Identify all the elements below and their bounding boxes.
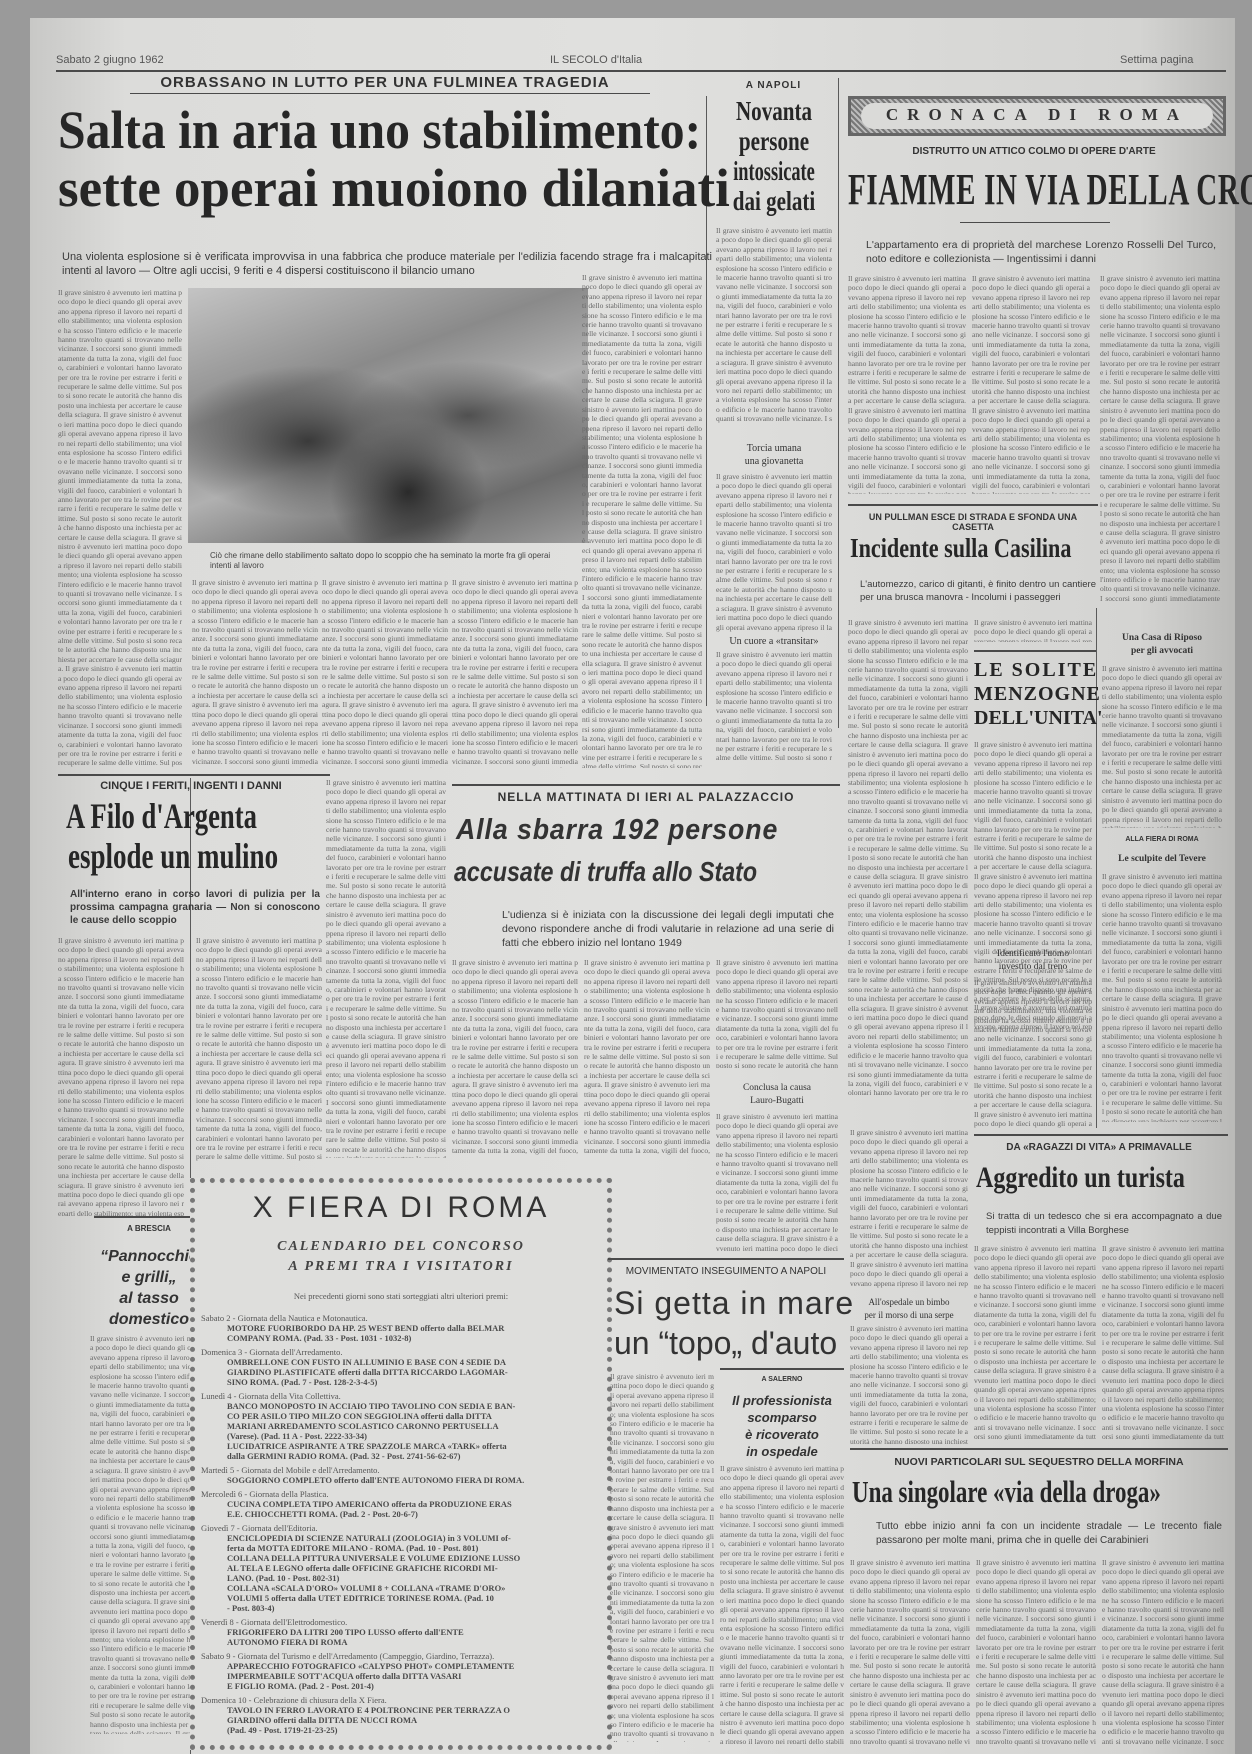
professionista-headline: Il professionista scomparso è ricoverato…	[720, 1392, 844, 1460]
droga-kicker: NUOVI PARTICOLARI SUL SEQUESTRO DELLA MO…	[850, 1456, 1228, 1468]
ad-day: Lunedì 4 - Giornata della Vita Collettiv…	[201, 1391, 599, 1401]
napoli-headline: Novanta persone intossicate dai gelati	[714, 96, 834, 216]
fiera-advertisement: X FIERA DI ROMA CALENDARIO DEL CONCORSO …	[190, 1178, 612, 1750]
ad-prize: COLLANA «SCALA D'ORO» VOLUMI 8 + COLLANA…	[201, 1583, 599, 1593]
turista-deck: Si tratta di un tedesco che si era accom…	[986, 1210, 1222, 1238]
ad-prize: VOLUMI 5 offerta dalla UTET EDITRICE TOR…	[201, 1593, 599, 1603]
fiera-head: Le sculpite del Tevere	[1102, 852, 1222, 867]
lead-body-col1: Il grave sinistro è avvenuto ieri mattin…	[58, 288, 182, 768]
roma-body-3: Il grave sinistro è avvenuto ieri mattin…	[1100, 274, 1220, 604]
section-rule	[848, 504, 1098, 506]
turista-headline: Aggredito un turista	[976, 1160, 1185, 1196]
newspaper-page: Sabato 2 giugno 1962 IL SECOLO d'Italia …	[30, 18, 1235, 1754]
ad-prize: IMPERMEABILE SOTT'ACQUA offerto dalla DI…	[201, 1671, 599, 1681]
casilina-body-1: Il grave sinistro è avvenuto ieri mattin…	[848, 618, 968, 1098]
identificato-body: Il grave sinistro è avvenuto ieri mattin…	[974, 978, 1092, 1128]
lead-kicker: ORBASSANO IN LUTTO PER UNA FULMINEA TRAG…	[90, 74, 680, 91]
section-rule	[850, 1448, 1228, 1450]
napoli-body-3: Il grave sinistro è avvenuto ieri mattin…	[716, 650, 832, 760]
lead-body-col5: Il grave sinistro è avvenuto ieri mattin…	[582, 273, 702, 768]
ad-prize: ferta da MOTTA EDITORE MILANO - ROMA. (P…	[201, 1543, 599, 1553]
cronaca-roma-banner: CRONACA DI ROMA	[848, 96, 1226, 136]
napoli-body-2: Il grave sinistro è avvenuto ieri mattin…	[716, 472, 832, 632]
turista-body-2: Il grave sinistro è avvenuto ieri mattin…	[1102, 1244, 1224, 1440]
roma-headline: FIAMME IN VIA DELLA CROCE	[848, 164, 1252, 216]
ad-prize: GIARDINO PLASTIFICATE offerti dalla DITT…	[201, 1367, 599, 1377]
filo-headline-line2: esplode un mulino	[68, 836, 278, 876]
ad-prize: AL TELA E LEGNO offerta dalle OFFICINE G…	[201, 1563, 599, 1573]
roma-deck: L'appartamento era di proprietà del marc…	[866, 238, 1216, 266]
roma-body-1: Il grave sinistro è avvenuto ieri mattin…	[848, 274, 966, 494]
droga-body-1: Il grave sinistro è avvenuto ieri mattin…	[850, 1558, 970, 1748]
napoli-sub2: Un cuore a «transitar»	[716, 634, 832, 649]
droga-body-3: Il grave sinistro è avvenuto ieri mattin…	[1102, 1558, 1224, 1748]
palazzaccio-body-3: Il grave sinistro è avvenuto ieri mattin…	[716, 958, 838, 1068]
running-head-page: Settima pagina	[1120, 54, 1193, 66]
ad-subtitle-2: A PREMI TRA I VISITATORI	[195, 1259, 607, 1275]
casa-riposo-head: Una Casa di Riposo per gli avvocati	[1102, 632, 1222, 658]
ad-prize: (Varese). (Pad. 11 A - Post. 2222-33-34)	[201, 1431, 599, 1441]
palazzaccio-body-2: Il grave sinistro è avvenuto ieri mattin…	[584, 958, 710, 1158]
ad-prize: COLLANA DELLA PITTURA UNIVERSALE E VOLUM…	[201, 1553, 599, 1563]
ad-day: Sabato 9 - Giornata del Turismo e dell'A…	[201, 1651, 599, 1661]
napoli-body: Il grave sinistro è avvenuto ieri mattin…	[716, 226, 832, 426]
casa-riposo-body: Il grave sinistro è avvenuto ieri mattin…	[1102, 664, 1222, 828]
ad-prize: LANO. (Pad. 10 - Post. 802-31)	[201, 1573, 599, 1583]
bimbo-headline: All'ospedale un bimbo per il morso di un…	[850, 1296, 968, 1322]
ad-title: X FIERA DI ROMA	[195, 1191, 607, 1225]
napoli-kicker: A NAPOLI	[716, 80, 831, 91]
lead-headline-line1: Salta in aria uno stabilimento:	[58, 100, 701, 160]
casilina-kicker: UN PULLMAN ESCE DI STRADA E SFONDA UNA C…	[848, 512, 1098, 532]
chase-kicker: MOVIMENTATO INSEGUIMENTO A NAPOLI	[610, 1266, 842, 1277]
casilina-body-2: Il grave sinistro è avvenuto ieri mattin…	[974, 618, 1092, 642]
casilina-deck: L'automezzo, carico di gitanti, è finito…	[860, 578, 1096, 604]
ad-prize: CUCINA COMPLETA TIPO AMERICANO offerta d…	[201, 1499, 599, 1509]
ad-day: Martedì 5 - Giornata del Mobile e dell'A…	[201, 1465, 599, 1475]
palazzaccio-body-1: Il grave sinistro è avvenuto ieri mattin…	[452, 958, 578, 1158]
filo-kicker: CINQUE I FERITI, INGENTI I DANNI	[58, 780, 324, 792]
roma-rule	[960, 222, 1110, 223]
ad-day: Giovedì 7 - Giornata dell'Editoria.	[201, 1523, 599, 1533]
palazzaccio-kicker: NELLA MATTINATA DI IERI AL PALAZZACCIO	[452, 790, 840, 804]
filo-body-2: Il grave sinistro è avvenuto ieri mattin…	[196, 936, 322, 1161]
professionista-body: Il grave sinistro è avvenuto ieri mattin…	[720, 1464, 844, 1744]
chase-headline-line2: un “topo„ d'auto	[614, 1324, 837, 1362]
droga-body-2: Il grave sinistro è avvenuto ieri mattin…	[976, 1558, 1096, 1748]
ad-day: Sabato 2 - Giornata della Nautica e Moto…	[201, 1313, 599, 1323]
chase-body: Il grave sinistro è avvenuto ieri mattin…	[610, 1372, 714, 1742]
running-head-masthead: IL SECOLO d'Italia	[550, 54, 642, 66]
ad-prize: BANCO MONOPOSTO IN ACCIAIO TIPO TAVOLINO…	[201, 1401, 599, 1411]
filo-headline-line1: A Filo d'Argenta	[66, 796, 257, 836]
turista-kicker: DA «RAGAZZI DI VITA» A PRIMAVALLE	[974, 1142, 1224, 1153]
lead-body-col4: Il grave sinistro è avvenuto ieri mattin…	[452, 578, 578, 768]
running-head-date: Sabato 2 giugno 1962	[56, 54, 164, 66]
ad-prize: MOTORE FUORIBORDO DA HP. 25 WEST BEND of…	[201, 1323, 599, 1333]
section-rule	[974, 1134, 1228, 1136]
section-rule	[720, 1368, 844, 1370]
unita-headline: LE SOLITE MENZOGNE DELL'UNITA'	[974, 658, 1096, 730]
ad-prize: GIARDINO offerti dalla DITTA DE NUCCI RO…	[201, 1715, 599, 1725]
lead-body-col3: Il grave sinistro è avvenuto ieri mattin…	[322, 578, 448, 768]
palazzaccio-headline-line2: accusate di truffa allo Stato	[454, 854, 757, 890]
bimbo-body: Il grave sinistro è avvenuto ieri mattin…	[850, 1324, 968, 1444]
chase-headline-line1: Si getta in mare	[614, 1284, 854, 1322]
bugatti-body: Il grave sinistro è avvenuto ieri mattin…	[716, 1112, 838, 1252]
fiera-body: Il grave sinistro è avvenuto ieri mattin…	[1102, 872, 1222, 1122]
ad-prize: AUTONOMO FIERA DI ROMA	[201, 1637, 599, 1647]
ad-prize: LUCIDATRICE ASPIRANTE A TRE SPAZZOLE MAR…	[201, 1441, 599, 1451]
ad-prize: SOGGIORNO COMPLETO offerto dall'ENTE AUT…	[201, 1475, 599, 1485]
droga-headline: Una singolare «via della droga»	[852, 1474, 1161, 1510]
palazzaccio-deck: L'udienza si è iniziata con la discussio…	[502, 908, 834, 950]
ad-prize: OMBRELLONE CON FUSTO IN ALLUMINIO E BASE…	[201, 1357, 599, 1367]
napoli-sub1: Torcia umana una giovanetta	[716, 442, 832, 468]
ad-prize: - Post. 803-4)	[201, 1603, 599, 1613]
palazzaccio-body-left: Il grave sinistro è avvenuto ieri mattin…	[326, 778, 446, 1158]
ad-prize: CO PER ASILO TIPO MILZO CON SEGGIOLINA o…	[201, 1411, 599, 1421]
ad-subtitle-1: CALENDARIO DEL CONCORSO	[195, 1239, 607, 1255]
ad-prize: TAVOLO IN FERRO LAVORATO E 4 POLTRONCINE…	[201, 1705, 599, 1715]
explosion-photo	[188, 288, 588, 543]
ad-prize: (Pad. 49 - Post. 1719-21-23-25)	[201, 1725, 599, 1735]
lead-body-col2: Il grave sinistro è avvenuto ieri mattin…	[192, 578, 318, 768]
ad-day: Domenica 3 - Giornata dell'Arredamento.	[201, 1347, 599, 1357]
ad-prize: SINO ROMA. (Pad. 7 - Post. 128-2-3-4-5)	[201, 1377, 599, 1387]
section-rule	[452, 784, 840, 786]
roma-body-2: Il grave sinistro è avvenuto ieri mattin…	[972, 274, 1090, 494]
ad-prize: APPARECCHIO FOTOGRAFICO «CALYPSO PHOT» C…	[201, 1661, 599, 1671]
identificato-head: Identificato l'uomo investito dal treno	[974, 948, 1092, 974]
section-rule	[58, 774, 330, 776]
casilina-headline: Incidente sulla Casilina	[850, 532, 1071, 564]
ad-intro: Nei precedenti giorni sono stati sortegg…	[195, 1291, 607, 1301]
pannocchie-body: Il grave sinistro è avvenuto ieri mattin…	[90, 1334, 206, 1734]
ad-day: Venerdì 8 - Giornata dell'Elettrodomesti…	[201, 1617, 599, 1627]
ad-day: Mercoledì 6 - Giornata della Plastica.	[201, 1489, 599, 1499]
ad-day: Domenica 10 - Celebrazione di chiusura d…	[201, 1695, 599, 1705]
palazzaccio-headline-line1: Alla sbarra 192 persone	[456, 812, 778, 848]
header-rule	[56, 70, 1226, 72]
turista-body-1: Il grave sinistro è avvenuto ieri mattin…	[974, 1244, 1096, 1440]
lead-headline-line2: sette operai muoiono dilaniati	[58, 158, 730, 218]
bimbo-preceding-body: Il grave sinistro è avvenuto ieri mattin…	[850, 1128, 968, 1288]
column-rule	[838, 78, 839, 728]
roma-kicker: DISTRUTTO UN ATTICO COLMO DI OPERE D'ART…	[848, 146, 1220, 157]
ad-entries: Sabato 2 - Giornata della Nautica e Moto…	[201, 1309, 599, 1735]
section-rule	[608, 1258, 844, 1260]
ad-prize: E.E. CHIOCCHETTI ROMA. (Pad. 2 - Post. 2…	[201, 1509, 599, 1519]
photo-caption: Ciò che rimane dello stabilimento saltat…	[210, 551, 570, 571]
ad-prize: FRIGORIFERO DA LITRI 200 TIPO LUSSO offe…	[201, 1627, 599, 1637]
box-rule	[974, 650, 1096, 652]
bugatti-head: Conclusa la causa Lauro-Bugatti	[716, 1082, 838, 1108]
droga-deck: Tutto ebbe inizio anni fa con un inciden…	[876, 1520, 1222, 1548]
professionista-kicker: A SALERNO	[720, 1376, 844, 1383]
kicker-underline	[130, 93, 650, 94]
ad-prize: ENCICLOPEDIA DI SCIENZE NATURALI (ZOOLOG…	[201, 1533, 599, 1543]
ad-prize: COMPANY ROMA. (Pad. 33 - Post. 1031 - 10…	[201, 1333, 599, 1343]
filo-deck: All'interno erano in corso lavori di pul…	[70, 888, 320, 927]
ad-prize: MARIANI ARREDAMENTO SCOLASTICO CARONNO P…	[201, 1421, 599, 1431]
section-rule	[94, 1216, 204, 1218]
ad-prize: dalla GERMINI RADIO ROMA. (Pad. 32 - Pos…	[201, 1451, 599, 1461]
fiera-kicker: ALLA FIERA DI ROMA	[1102, 836, 1222, 843]
cronaca-roma-title: CRONACA DI ROMA	[861, 103, 1213, 129]
ad-prize: E FIGLIO ROMA. (Pad. 2 - Post. 201-4)	[201, 1681, 599, 1691]
filo-body-1: Il grave sinistro è avvenuto ieri mattin…	[58, 936, 184, 1216]
pannocchie-kicker: A BRESCIA	[94, 1224, 204, 1233]
